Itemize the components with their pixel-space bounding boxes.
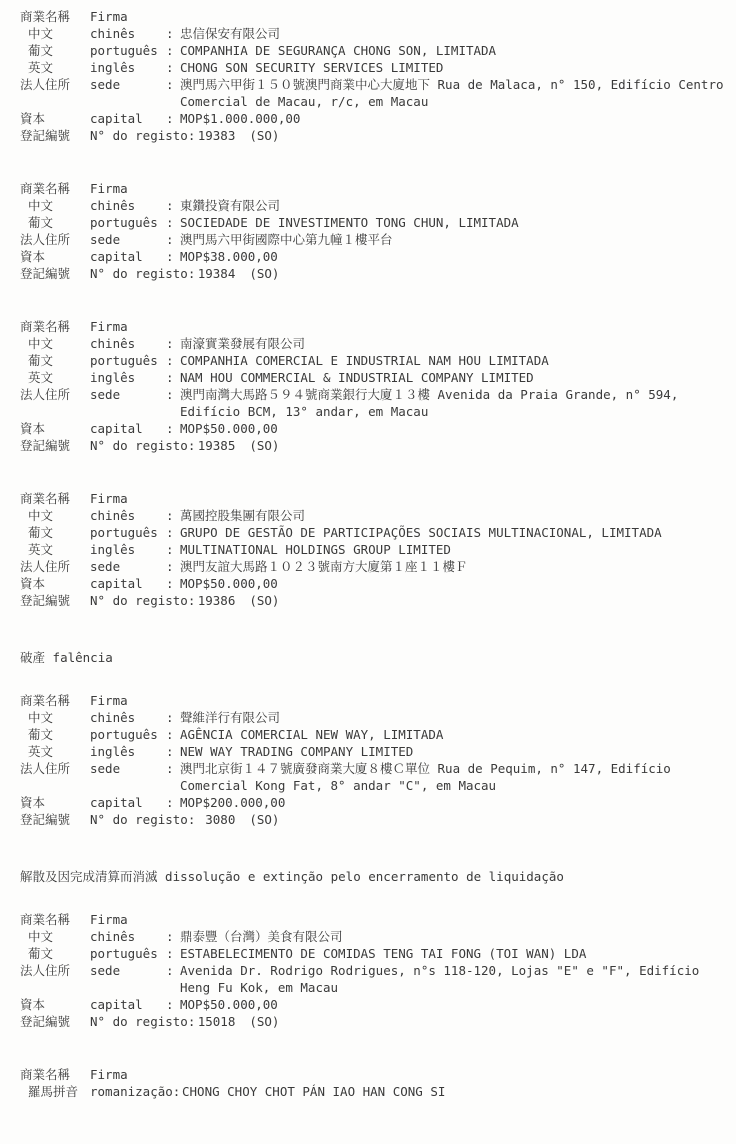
- field-value: 東鑽投資有限公司: [180, 197, 728, 214]
- field-label-zh: 羅馬拼音: [20, 1083, 90, 1100]
- colon: :: [166, 231, 180, 248]
- registry-number: 19383: [195, 127, 235, 144]
- colon: :: [166, 945, 180, 962]
- record-row: 羅馬拼音romanização:CHONG CHOY CHOT PÁN IAO …: [20, 1083, 728, 1100]
- field-label-zh: 商業名稱: [20, 490, 90, 507]
- colon: :: [166, 794, 180, 811]
- field-label-pt: português: [90, 214, 166, 231]
- field-label-pt: capital: [90, 420, 166, 437]
- company-record: 商業名稱Firma羅馬拼音romanização:CHONG CHOY CHOT…: [20, 1066, 728, 1100]
- field-label-pt: inglês: [90, 743, 166, 760]
- field-label-pt: N° do registo:: [90, 811, 195, 828]
- field-value: 澳門南灣大馬路５９４號商業銀行大廈１３樓 Avenida da Praia Gr…: [180, 386, 728, 420]
- colon: :: [166, 42, 180, 59]
- field-label-pt: N° do registo:: [90, 437, 195, 454]
- record-row: 商業名稱Firma: [20, 8, 728, 25]
- colon: :: [166, 541, 180, 558]
- field-label-pt: N° do registo:: [90, 127, 195, 144]
- field-value: MOP$50.000,00: [180, 420, 728, 437]
- field-value: ESTABELECIMENTO DE COMIDAS TENG TAI FONG…: [180, 945, 728, 962]
- field-label-zh: 法人住所: [20, 962, 90, 979]
- field-label-zh: 資本: [20, 794, 90, 811]
- colon: :: [166, 386, 180, 403]
- record-row: 資本capital:MOP$200.000,00: [20, 794, 728, 811]
- record-row: 資本capital:MOP$50.000,00: [20, 996, 728, 1013]
- field-value: MOP$50.000,00: [180, 575, 728, 592]
- colon: :: [166, 76, 180, 93]
- colon: :: [166, 59, 180, 76]
- field-value: AGÊNCIA COMERCIAL NEW WAY, LIMITADA: [180, 726, 728, 743]
- field-label-pt: capital: [90, 110, 166, 127]
- field-value: 澳門馬六甲街１５０號澳門商業中心大廈地下 Rua de Malaca, n° 1…: [180, 76, 728, 110]
- field-label-pt: português: [90, 945, 166, 962]
- field-label-zh: 中文: [20, 507, 90, 524]
- field-label-zh: 法人住所: [20, 386, 90, 403]
- field-value: GRUPO DE GESTÃO DE PARTICIPAÇÕES SOCIAIS…: [180, 524, 728, 541]
- field-label-zh: 法人住所: [20, 760, 90, 777]
- field-label-zh: 中文: [20, 197, 90, 214]
- field-label-pt: português: [90, 352, 166, 369]
- field-label-pt: capital: [90, 996, 166, 1013]
- colon: :: [166, 507, 180, 524]
- field-label-pt: português: [90, 524, 166, 541]
- field-label-pt: capital: [90, 575, 166, 592]
- section-heading: 解散及因完成清算而消滅 dissolução e extinção pelo e…: [20, 868, 728, 885]
- field-value: MOP$38.000,00: [180, 248, 728, 265]
- field-label-pt: Firma: [90, 490, 166, 507]
- field-label-zh: 登記編號: [20, 127, 90, 144]
- field-label-pt: capital: [90, 794, 166, 811]
- field-label-zh: 法人住所: [20, 231, 90, 248]
- field-value: MOP$1.000.000,00: [180, 110, 728, 127]
- record-row: 商業名稱Firma: [20, 692, 728, 709]
- field-value: 澳門馬六甲街國際中心第九幢１樓平台: [180, 231, 728, 248]
- field-label-pt: romanização:: [90, 1083, 182, 1100]
- field-value: 聲維洋行有限公司: [180, 709, 728, 726]
- field-label-zh: 資本: [20, 575, 90, 592]
- colon: :: [166, 420, 180, 437]
- colon: :: [166, 760, 180, 777]
- record-row: 葡文português:GRUPO DE GESTÃO DE PARTICIPA…: [20, 524, 728, 541]
- record-row: 葡文português:ESTABELECIMENTO DE COMIDAS T…: [20, 945, 728, 962]
- field-label-zh: 葡文: [20, 42, 90, 59]
- record-row: 英文inglês:NEW WAY TRADING COMPANY LIMITED: [20, 743, 728, 760]
- colon: :: [166, 335, 180, 352]
- field-label-zh: 葡文: [20, 524, 90, 541]
- field-value: 鼎泰豐（台灣）美食有限公司: [180, 928, 728, 945]
- company-record: 商業名稱Firma中文chinês:東鑽投資有限公司葡文português:SO…: [20, 180, 728, 282]
- field-label-zh: 商業名稱: [20, 911, 90, 928]
- registry-number: 19385: [195, 437, 235, 454]
- record-row: 葡文português:COMPANHIA COMERCIAL E INDUST…: [20, 352, 728, 369]
- colon: :: [166, 962, 180, 979]
- record-row: 資本capital:MOP$50.000,00: [20, 575, 728, 592]
- field-label-pt: sede: [90, 558, 166, 575]
- company-record: 商業名稱Firma中文chinês:忠信保安有限公司葡文português:CO…: [20, 8, 728, 144]
- colon: :: [166, 214, 180, 231]
- record-row: 法人住所sede:澳門馬六甲街國際中心第九幢１樓平台: [20, 231, 728, 248]
- field-label-zh: 登記編號: [20, 437, 90, 454]
- section-heading: 破產 falência: [20, 649, 728, 666]
- record-row: 中文chinês:東鑽投資有限公司: [20, 197, 728, 214]
- colon: :: [166, 248, 180, 265]
- record-row: 葡文português:SOCIEDADE DE INVESTIMENTO TO…: [20, 214, 728, 231]
- field-value: NAM HOU COMMERCIAL & INDUSTRIAL COMPANY …: [180, 369, 728, 386]
- registry-suffix: (SO): [249, 592, 279, 609]
- field-label-zh: 英文: [20, 541, 90, 558]
- field-value: MULTINATIONAL HOLDINGS GROUP LIMITED: [180, 541, 728, 558]
- field-label-pt: português: [90, 726, 166, 743]
- field-label-pt: Firma: [90, 1066, 166, 1083]
- field-value: MOP$50.000,00: [180, 996, 728, 1013]
- section-heading-zh: 破產: [20, 650, 45, 665]
- registry-suffix: (SO): [249, 265, 279, 282]
- field-label-zh: 中文: [20, 335, 90, 352]
- record-row: 商業名稱Firma: [20, 1066, 728, 1083]
- field-label-pt: N° do registo:: [90, 1013, 195, 1030]
- colon: :: [166, 743, 180, 760]
- field-label-zh: 法人住所: [20, 558, 90, 575]
- record-row: 英文inglês:NAM HOU COMMERCIAL & INDUSTRIAL…: [20, 369, 728, 386]
- record-row: 中文chinês:萬國控股集團有限公司: [20, 507, 728, 524]
- field-label-pt: chinês: [90, 507, 166, 524]
- record-row: 登記編號N° do registo:3080(SO): [20, 811, 728, 828]
- field-label-zh: 法人住所: [20, 76, 90, 93]
- field-label-zh: 商業名稱: [20, 180, 90, 197]
- colon: :: [166, 110, 180, 127]
- field-label-pt: capital: [90, 248, 166, 265]
- field-label-zh: 葡文: [20, 726, 90, 743]
- field-value: SOCIEDADE DE INVESTIMENTO TONG CHUN, LIM…: [180, 214, 728, 231]
- field-label-pt: sede: [90, 386, 166, 403]
- field-label-pt: N° do registo:: [90, 265, 195, 282]
- field-label-zh: 葡文: [20, 945, 90, 962]
- field-label-pt: chinês: [90, 197, 166, 214]
- record-row: 中文chinês:聲維洋行有限公司: [20, 709, 728, 726]
- field-label-zh: 商業名稱: [20, 692, 90, 709]
- field-label-pt: chinês: [90, 335, 166, 352]
- colon: :: [166, 558, 180, 575]
- field-value: Avenida Dr. Rodrigo Rodrigues, n°s 118-1…: [180, 962, 728, 996]
- record-row: 登記編號N° do registo:19383(SO): [20, 127, 728, 144]
- colon: :: [166, 996, 180, 1013]
- field-value: CHONG CHOY CHOT PÁN IAO HAN CONG SI: [182, 1083, 728, 1100]
- field-label-pt: sede: [90, 231, 166, 248]
- section-heading-zh: 解散及因完成清算而消滅: [20, 869, 158, 884]
- company-record: 商業名稱Firma中文chinês:萬國控股集團有限公司葡文português:…: [20, 490, 728, 609]
- field-label-zh: 英文: [20, 743, 90, 760]
- record-row: 中文chinês:鼎泰豐（台灣）美食有限公司: [20, 928, 728, 945]
- record-row: 資本capital:MOP$50.000,00: [20, 420, 728, 437]
- field-label-pt: sede: [90, 760, 166, 777]
- field-label-pt: inglês: [90, 541, 166, 558]
- field-label-pt: Firma: [90, 911, 166, 928]
- field-label-zh: 資本: [20, 996, 90, 1013]
- registry-number: 19384: [195, 265, 235, 282]
- colon: :: [166, 709, 180, 726]
- field-label-pt: N° do registo:: [90, 592, 195, 609]
- field-label-zh: 商業名稱: [20, 8, 90, 25]
- registry-number: 3080: [195, 811, 235, 828]
- field-value: CHONG SON SECURITY SERVICES LIMITED: [180, 59, 728, 76]
- field-label-zh: 中文: [20, 928, 90, 945]
- field-label-zh: 商業名稱: [20, 1066, 90, 1083]
- record-row: 資本capital:MOP$1.000.000,00: [20, 110, 728, 127]
- registry-suffix: (SO): [249, 437, 279, 454]
- field-label-pt: Firma: [90, 180, 166, 197]
- record-row: 法人住所sede:Avenida Dr. Rodrigo Rodrigues, …: [20, 962, 728, 996]
- colon: :: [166, 197, 180, 214]
- colon: :: [166, 524, 180, 541]
- record-row: 英文inglês:MULTINATIONAL HOLDINGS GROUP LI…: [20, 541, 728, 558]
- field-label-zh: 葡文: [20, 214, 90, 231]
- company-record: 商業名稱Firma中文chinês:聲維洋行有限公司葡文português:AG…: [20, 692, 728, 828]
- record-row: 中文chinês:南濠實業發展有限公司: [20, 335, 728, 352]
- field-label-pt: Firma: [90, 692, 166, 709]
- record-row: 登記編號N° do registo:19386(SO): [20, 592, 728, 609]
- field-label-zh: 資本: [20, 110, 90, 127]
- field-value: 萬國控股集團有限公司: [180, 507, 728, 524]
- field-label-pt: chinês: [90, 928, 166, 945]
- field-value: COMPANHIA DE SEGURANÇA CHONG SON, LIMITA…: [180, 42, 728, 59]
- colon: :: [166, 575, 180, 592]
- record-row: 法人住所sede:澳門友誼大馬路１０２３號南方大廈第１座１１樓Ｆ: [20, 558, 728, 575]
- field-label-pt: chinês: [90, 709, 166, 726]
- field-label-pt: sede: [90, 76, 166, 93]
- record-row: 法人住所sede:澳門南灣大馬路５９４號商業銀行大廈１３樓 Avenida da…: [20, 386, 728, 420]
- field-label-pt: inglês: [90, 369, 166, 386]
- field-label-zh: 登記編號: [20, 265, 90, 282]
- registry-number: 19386: [195, 592, 235, 609]
- record-row: 商業名稱Firma: [20, 490, 728, 507]
- field-label-zh: 英文: [20, 59, 90, 76]
- field-value: 忠信保安有限公司: [180, 25, 728, 42]
- record-row: 法人住所sede:澳門馬六甲街１５０號澳門商業中心大廈地下 Rua de Mal…: [20, 76, 728, 110]
- field-label-zh: 登記編號: [20, 592, 90, 609]
- record-row: 登記編號N° do registo:15018(SO): [20, 1013, 728, 1030]
- field-label-zh: 登記編號: [20, 811, 90, 828]
- record-row: 登記編號N° do registo:19384(SO): [20, 265, 728, 282]
- record-row: 法人住所sede:澳門北京街１４７號廣發商業大廈８樓Ｃ單位 Rua de Peq…: [20, 760, 728, 794]
- colon: :: [166, 369, 180, 386]
- field-label-zh: 資本: [20, 248, 90, 265]
- registry-suffix: (SO): [249, 811, 279, 828]
- page: 商業名稱Firma中文chinês:忠信保安有限公司葡文português:CO…: [0, 0, 736, 1144]
- field-label-pt: inglês: [90, 59, 166, 76]
- field-value: 澳門北京街１４７號廣發商業大廈８樓Ｃ單位 Rua de Pequim, n° 1…: [180, 760, 728, 794]
- record-row: 登記編號N° do registo:19385(SO): [20, 437, 728, 454]
- section-heading-pt: falência: [53, 650, 113, 665]
- section-heading-pt: dissolução e extinção pelo encerramento …: [165, 869, 564, 884]
- record-row: 中文chinês:忠信保安有限公司: [20, 25, 728, 42]
- field-label-pt: chinês: [90, 25, 166, 42]
- company-record: 商業名稱Firma中文chinês:南濠實業發展有限公司葡文português:…: [20, 318, 728, 454]
- field-label-zh: 中文: [20, 709, 90, 726]
- field-label-zh: 登記編號: [20, 1013, 90, 1030]
- colon: :: [166, 352, 180, 369]
- record-row: 葡文português:COMPANHIA DE SEGURANÇA CHONG…: [20, 42, 728, 59]
- field-value: MOP$200.000,00: [180, 794, 728, 811]
- field-label-pt: Firma: [90, 8, 166, 25]
- registry-number: 15018: [195, 1013, 235, 1030]
- field-value: NEW WAY TRADING COMPANY LIMITED: [180, 743, 728, 760]
- field-label-zh: 資本: [20, 420, 90, 437]
- field-value: COMPANHIA COMERCIAL E INDUSTRIAL NAM HOU…: [180, 352, 728, 369]
- field-label-zh: 中文: [20, 25, 90, 42]
- field-value: 澳門友誼大馬路１０２３號南方大廈第１座１１樓Ｆ: [180, 558, 728, 575]
- field-label-zh: 葡文: [20, 352, 90, 369]
- record-row: 葡文português:AGÊNCIA COMERCIAL NEW WAY, L…: [20, 726, 728, 743]
- record-row: 商業名稱Firma: [20, 911, 728, 928]
- colon: :: [166, 928, 180, 945]
- colon: :: [166, 25, 180, 42]
- colon: :: [166, 726, 180, 743]
- record-row: 英文inglês:CHONG SON SECURITY SERVICES LIM…: [20, 59, 728, 76]
- company-record: 商業名稱Firma中文chinês:鼎泰豐（台灣）美食有限公司葡文portugu…: [20, 911, 728, 1030]
- record-row: 商業名稱Firma: [20, 318, 728, 335]
- field-value: 南濠實業發展有限公司: [180, 335, 728, 352]
- registry-suffix: (SO): [249, 127, 279, 144]
- field-label-zh: 商業名稱: [20, 318, 90, 335]
- registry-suffix: (SO): [249, 1013, 279, 1030]
- field-label-zh: 英文: [20, 369, 90, 386]
- record-row: 商業名稱Firma: [20, 180, 728, 197]
- record-row: 資本capital:MOP$38.000,00: [20, 248, 728, 265]
- field-label-pt: português: [90, 42, 166, 59]
- field-label-pt: Firma: [90, 318, 166, 335]
- field-label-pt: sede: [90, 962, 166, 979]
